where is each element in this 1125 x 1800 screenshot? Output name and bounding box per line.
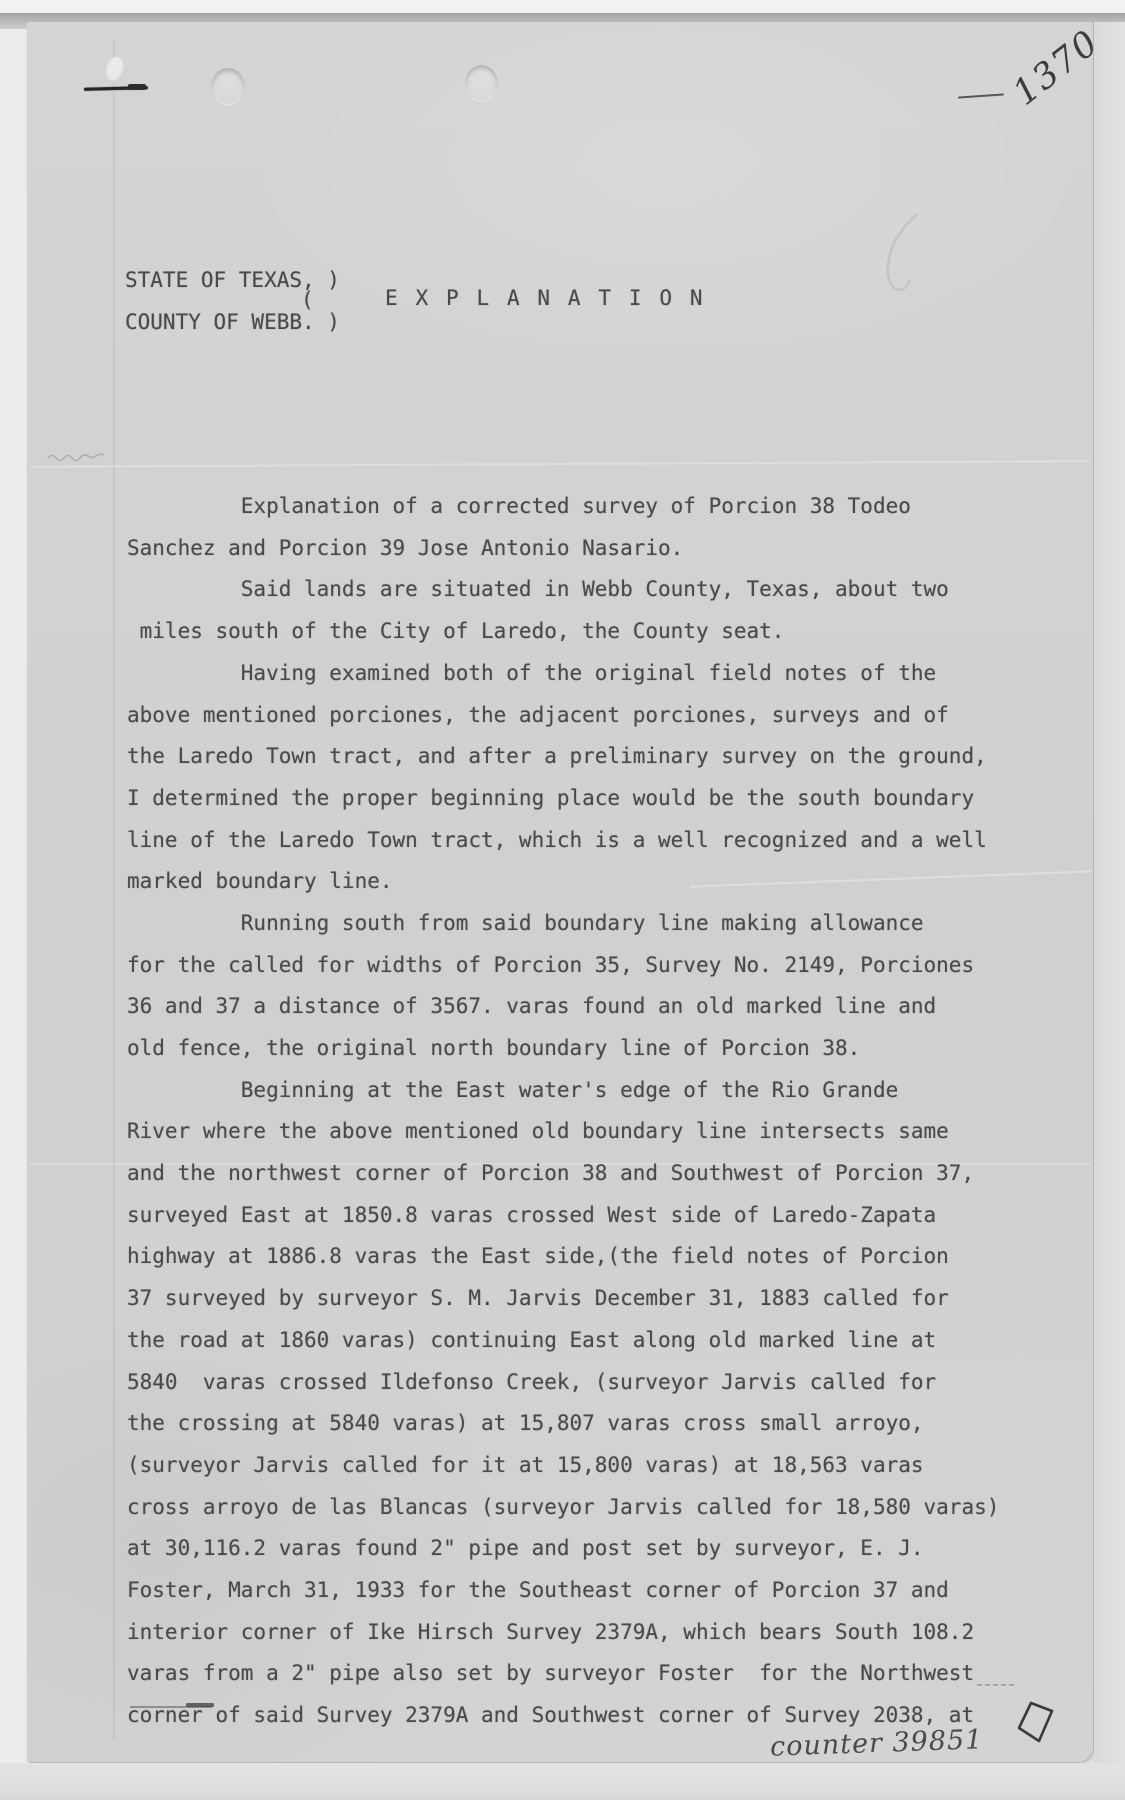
document-body-line: Foster, March 31, 1933 for the Southeast…	[127, 1570, 999, 1612]
hole-punch-right	[465, 65, 498, 102]
scanned-page: 1370 STATE OF TEXAS, ) ( COUNTY OF WEBB.…	[0, 0, 1125, 1800]
document-body-line: the Laredo Town tract, and after a preli…	[127, 736, 999, 778]
document-body-line: Sanchez and Porcion 39 Jose Antonio Nasa…	[127, 528, 999, 570]
header-county-line: COUNTY OF WEBB. )	[125, 309, 340, 335]
document-body-line: marked boundary line.	[127, 861, 999, 903]
ink-smudge-blob	[128, 84, 146, 90]
document-body-line: for the called for widths of Porcion 35,…	[127, 945, 999, 987]
document-body-line: River where the above mentioned old boun…	[127, 1111, 999, 1153]
handdrawn-diamond-mark	[1016, 1700, 1056, 1746]
document-body-line: 36 and 37 a distance of 3567. varas foun…	[127, 986, 999, 1028]
document-body-line: the crossing at 5840 varas) at 15,807 va…	[127, 1403, 999, 1445]
document-body-line: Running south from said boundary line ma…	[127, 903, 999, 945]
document-body-line: above mentioned porciones, the adjacent …	[127, 695, 999, 737]
document-body-line: Beginning at the East water's edge of th…	[127, 1070, 999, 1112]
document-title: E X P L A N A T I O N	[385, 285, 705, 311]
document-body-line: Said lands are situated in Webb County, …	[127, 569, 999, 611]
document-body-line: 5840 varas crossed Ildefonso Creek, (sur…	[127, 1362, 999, 1404]
document-body-line: highway at 1886.8 varas the East side,(t…	[127, 1236, 999, 1278]
document-body-line: Explanation of a corrected survey of Por…	[127, 486, 999, 528]
document-body-line: Having examined both of the original fie…	[127, 653, 999, 695]
document-body-line: line of the Laredo Town tract, which is …	[127, 820, 999, 862]
document-body-line: I determined the proper beginning place …	[127, 778, 999, 820]
ghost-ink-bleed-mark	[852, 210, 936, 302]
document-body-line: interior corner of Ike Hirsch Survey 237…	[127, 1612, 999, 1654]
document-body-line: old fence, the original north boundary l…	[127, 1028, 999, 1070]
document-body-line: at 30,116.2 varas found 2" pipe and post…	[127, 1528, 999, 1570]
faint-pencil-squiggle	[46, 448, 110, 464]
document-body-line: the road at 1860 varas) continuing East …	[127, 1320, 999, 1362]
document-body-line: 37 surveyed by surveyor S. M. Jarvis Dec…	[127, 1278, 999, 1320]
document-body-line: surveyed East at 1850.8 varas crossed We…	[127, 1195, 999, 1237]
document-body-text: Explanation of a corrected survey of Por…	[127, 361, 999, 1737]
scanner-bed-bottom	[0, 1763, 1125, 1800]
document-body-line: (surveyor Jarvis called for it at 15,800…	[127, 1445, 999, 1487]
scanner-bed-right	[1094, 22, 1125, 1763]
document-body-line: cross arroyo de las Blancas (surveyor Ja…	[127, 1487, 999, 1529]
faint-dash-mark	[977, 1684, 1017, 1686]
hole-punch-left	[211, 68, 245, 106]
stamp-dash-mark-dark	[186, 1703, 214, 1707]
document-body-line: varas from a 2" pipe also set by surveyo…	[127, 1653, 999, 1695]
document-body-line: miles south of the City of Laredo, the C…	[127, 611, 999, 653]
document-body-line: and the northwest corner of Porcion 38 a…	[127, 1153, 999, 1195]
scanner-bed-top	[0, 0, 1125, 13]
